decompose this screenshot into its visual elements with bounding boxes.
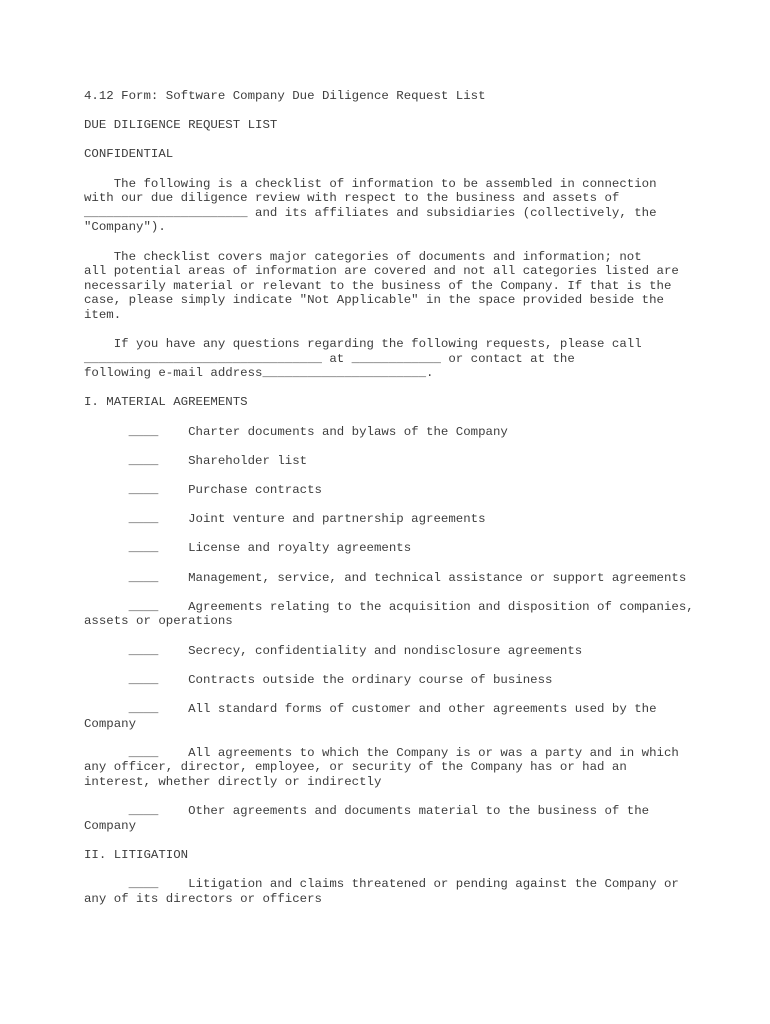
form-title-line: 4.12 Form: Software Company Due Diligenc…	[84, 89, 694, 104]
checklist-item-line: ____ Purchase contracts	[84, 483, 694, 498]
checklist-item: ____ Joint venture and partnership agree…	[84, 512, 694, 527]
form-title: 4.12 Form: Software Company Due Diligenc…	[84, 89, 694, 104]
checklist-item: ____ Agreements relating to the acquisit…	[84, 600, 694, 629]
section-heading-line: II. LITIGATION	[84, 848, 694, 863]
paragraph-intro: The following is a checklist of informat…	[84, 177, 694, 235]
checklist-item-line: ____ All standard forms of customer and …	[84, 702, 694, 717]
checklist-item-line: any of its directors or officers	[84, 892, 694, 907]
paragraph-line-email-blank: following e-mail address________________…	[84, 366, 694, 381]
paragraph-checklist-scope: The checklist covers major categories of…	[84, 250, 694, 323]
checklist-item: ____ Other agreements and documents mate…	[84, 804, 694, 833]
paragraph-line: "Company").	[84, 220, 694, 235]
checklist-item: ____ Shareholder list	[84, 454, 694, 469]
checklist-item-line: Company	[84, 717, 694, 732]
checklist-item: ____ Litigation and claims threatened or…	[84, 877, 694, 906]
checklist-item-line: ____ Secrecy, confidentiality and nondis…	[84, 644, 694, 659]
checklist-item-line: ____ Agreements relating to the acquisit…	[84, 600, 694, 615]
checklist-item: ____ Management, service, and technical …	[84, 571, 694, 586]
paragraph-line: case, please simply indicate "Not Applic…	[84, 293, 694, 308]
paragraph-line: item.	[84, 308, 694, 323]
checklist-item: ____ All standard forms of customer and …	[84, 702, 694, 731]
paragraph-line-contact-blanks: ________________________________ at ____…	[84, 352, 694, 367]
confidential-label: CONFIDENTIAL	[84, 147, 694, 162]
paragraph-line: all potential areas of information are c…	[84, 264, 694, 279]
checklist-item: ____ Purchase contracts	[84, 483, 694, 498]
checklist-item: ____ Secrecy, confidentiality and nondis…	[84, 644, 694, 659]
checklist-item-line: any officer, director, employee, or secu…	[84, 760, 694, 775]
checklist-item: ____ Charter documents and bylaws of the…	[84, 425, 694, 440]
section-heading-line: I. MATERIAL AGREEMENTS	[84, 395, 694, 410]
paragraph-line: The checklist covers major categories of…	[84, 250, 694, 265]
doc-heading: DUE DILIGENCE REQUEST LIST	[84, 118, 694, 133]
document-page: 4.12 Form: Software Company Due Diligenc…	[84, 89, 694, 921]
checklist-item-line: ____ Contracts outside the ordinary cour…	[84, 673, 694, 688]
checklist-item-line: ____ License and royalty agreements	[84, 541, 694, 556]
paragraph-line: necessarily material or relevant to the …	[84, 279, 694, 294]
checklist-item: ____ Contracts outside the ordinary cour…	[84, 673, 694, 688]
confidential-line: CONFIDENTIAL	[84, 147, 694, 162]
checklist-item-line: ____ Other agreements and documents mate…	[84, 804, 694, 819]
checklist-item-line: ____ Joint venture and partnership agree…	[84, 512, 694, 527]
checklist-item-line: Company	[84, 819, 694, 834]
doc-heading-line: DUE DILIGENCE REQUEST LIST	[84, 118, 694, 133]
paragraph-line: with our due diligence review with respe…	[84, 191, 694, 206]
paragraph-line-company-blank: ______________________ and its affiliate…	[84, 206, 694, 221]
paragraph-line: If you have any questions regarding the …	[84, 337, 694, 352]
checklist-item-line: ____ Management, service, and technical …	[84, 571, 694, 586]
checklist-item: ____ License and royalty agreements	[84, 541, 694, 556]
checklist-item-line: ____ Charter documents and bylaws of the…	[84, 425, 694, 440]
checklist-item-line: ____ All agreements to which the Company…	[84, 746, 694, 761]
checklist-item-line: assets or operations	[84, 614, 694, 629]
checklist-item-line: ____ Litigation and claims threatened or…	[84, 877, 694, 892]
checklist-item: ____ All agreements to which the Company…	[84, 746, 694, 790]
section-heading-material-agreements: I. MATERIAL AGREEMENTS	[84, 395, 694, 410]
paragraph-line: The following is a checklist of informat…	[84, 177, 694, 192]
section-heading-litigation: II. LITIGATION	[84, 848, 694, 863]
checklist-item-line: ____ Shareholder list	[84, 454, 694, 469]
paragraph-contact: If you have any questions regarding the …	[84, 337, 694, 381]
checklist-item-line: interest, whether directly or indirectly	[84, 775, 694, 790]
